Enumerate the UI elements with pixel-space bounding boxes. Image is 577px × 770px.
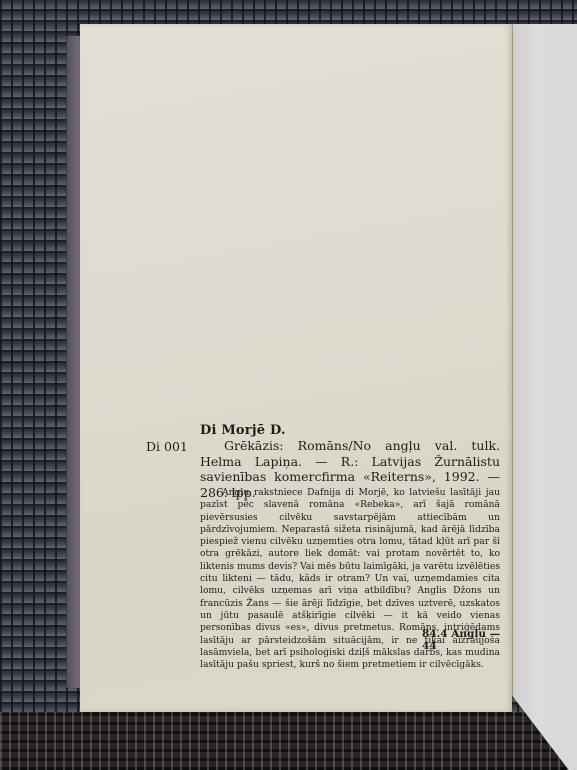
record-code: Di 001	[146, 439, 188, 454]
woven-mat-background	[0, 712, 577, 770]
author-heading: Di Morjē D.	[200, 423, 286, 438]
classification-index: 84.4 Angļu — 44	[422, 628, 512, 652]
facing-page	[512, 24, 577, 770]
catalog-record: Di Morjē D. Di 001 Grēkāzis: Romāns/No a…	[80, 0, 512, 688]
